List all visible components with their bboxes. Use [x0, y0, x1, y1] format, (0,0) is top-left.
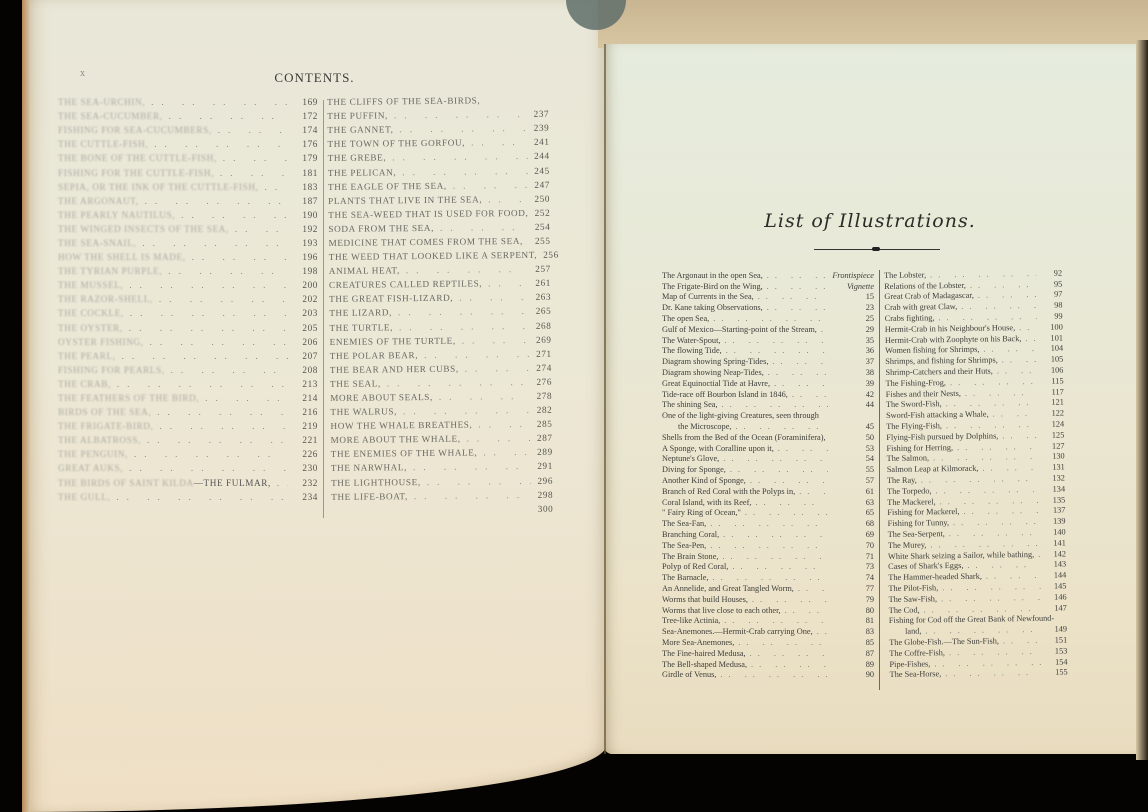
leader-dots: .. .. .. .. .. .. [982, 571, 1041, 581]
entry-page-number: 135 [1039, 495, 1065, 504]
entry-title: Fishing for Mackerel, [887, 507, 959, 517]
entry-page-number: 230 [288, 463, 318, 473]
list-item: FISHING FOR THE CUTTLE-FISH,.. .. .. .. … [58, 165, 318, 179]
entry-title: Tree-like Actinia, [662, 616, 720, 625]
entry-page-number: 98 [1036, 301, 1062, 310]
leader-dots: .. .. .. .. .. .. [1021, 334, 1037, 343]
leader-dots: .. .. .. .. .. .. [139, 196, 288, 206]
entry-title: THE SEA-SNAIL, [58, 238, 136, 248]
entry-title: THE BONE OF THE CUTTLE-FISH, [58, 153, 217, 163]
leader-dots: .. .. .. .. .. .. [719, 454, 828, 463]
entry-title: OYSTER FISHING, [58, 337, 144, 347]
leader-dots: .. .. .. .. .. .. [817, 325, 828, 334]
list-item: Neptune's Glove,.. .. .. .. .. ..54 [662, 454, 874, 465]
entry-title: THE LIFE-BOAT, [331, 491, 408, 502]
entry-page-number: 45 [828, 422, 874, 431]
entry-page-number: 65 [828, 508, 874, 517]
entry-title: An Annelide, and Great Tangled Worm, [662, 584, 794, 593]
entry-page-number: 143 [1040, 560, 1066, 569]
entry-title: Polyp of Red Coral, [662, 562, 728, 571]
entry-page-number: 74 [828, 573, 874, 582]
leader-dots: .. .. .. .. .. .. [993, 366, 1038, 376]
entry-title: Great Equinoctial Tide at Havre, [662, 379, 770, 388]
entry-page-number: 271 [530, 348, 552, 358]
list-item: The Barnacle,.. .. .. .. .. ..74 [662, 572, 874, 583]
entry-title: Worms that live close to each other, [662, 606, 781, 615]
leader-dots: .. .. .. .. .. .. [926, 269, 1036, 280]
entry-page-number: 296 [531, 475, 553, 485]
list-item: the Microscope,.. .. .. .. .. ..45 [662, 421, 874, 432]
page-right-edge [1136, 40, 1148, 760]
list-item: Diagram showing Spring-Tides,.. .. .. ..… [662, 356, 874, 367]
contents-heading: CONTENTS. [22, 70, 607, 86]
entry-page-number: 106 [1037, 366, 1063, 375]
entry-page-number: 278 [530, 391, 552, 401]
leader-dots: .. .. .. .. .. .. [472, 419, 530, 430]
leader-dots: .. .. .. .. .. .. [407, 461, 531, 472]
entry-title: Women fishing for Shrimps, [885, 345, 979, 355]
leader-dots: .. .. .. .. .. .. [942, 398, 1038, 408]
leader-dots: .. .. .. .. .. .. [165, 365, 288, 375]
entry-title: The Brain Stone, [662, 552, 718, 561]
entry-page-number: 291 [531, 461, 553, 471]
leader-dots: .. .. .. .. .. .. [748, 595, 828, 604]
entry-page-number: 285 [530, 419, 552, 429]
entry-page-number: 132 [1039, 474, 1065, 483]
entry-page-number: 81 [828, 616, 874, 625]
leader-dots: .. .. .. .. .. .. [706, 541, 828, 550]
leader-dots: .. .. .. .. .. .. [214, 168, 288, 178]
entry-page-number: 140 [1040, 528, 1066, 537]
leader-dots: .. .. .. .. .. .. [110, 492, 288, 502]
entry-title: PLANTS THAT LIVE IN THE SEA, [328, 194, 482, 206]
entry-page-number: 70 [828, 541, 874, 550]
entry-page-number: 50 [830, 433, 874, 442]
entry-title: THE MUSSEL, [58, 280, 123, 290]
entry-page-number: 144 [1040, 571, 1066, 580]
leader-dots: .. .. .. .. .. .. [706, 519, 828, 528]
entry-title: The Pilot-Fish, [888, 583, 938, 593]
entry-page-number: 42 [828, 390, 874, 399]
entry-page-number: 237 [527, 109, 549, 119]
entry-page-number: 282 [530, 405, 552, 415]
leader-dots: .. .. .. .. .. .. [123, 463, 288, 473]
entry-title: THE FRIGATE-BIRD, [58, 421, 153, 431]
entry-page-number: 92 [1036, 268, 1062, 277]
entry-title: THE LIGHTHOUSE, [331, 477, 421, 488]
entry-title: The Flying-Fish, [886, 421, 942, 431]
leader-dots: .. .. .. .. .. .. [393, 320, 530, 331]
leader-dots: .. .. .. .. .. .. [941, 668, 1042, 678]
leader-dots: .. .. .. .. .. .. [716, 670, 828, 679]
entry-title: More Sea-Anemones, [662, 638, 734, 647]
entry-title: MORE ABOUT THE WHALE, [331, 434, 461, 445]
entry-title: THE CLIFFS OF THE SEA-BIRDS, [327, 95, 480, 107]
entry-page-number: 142 [1040, 549, 1066, 558]
entry-title: The Sea-Pen, [662, 541, 706, 550]
leader-dots: .. .. .. .. .. .. [920, 603, 1041, 614]
entry-page-number: 183 [288, 182, 318, 192]
leader-dots: .. .. .. .. .. .. [949, 517, 1040, 527]
entry-title: Flying-Fish pursued by Dolphins, [886, 431, 998, 442]
entry-page-number: 122 [1038, 409, 1064, 418]
leader-dots: .. .. .. .. .. .. [199, 393, 288, 403]
illustrations-column-divider [879, 270, 880, 690]
entry-title: Map of Currents in the Sea, [662, 292, 754, 301]
entry-title: Great Crab of Madagascar, [884, 291, 974, 301]
entry-page-number: 36 [828, 346, 874, 355]
entry-title: Hermit-Crab in his Neighbour's House, [885, 323, 1015, 334]
leader-dots: .. .. .. .. .. .. [741, 508, 828, 517]
entry-title: THE COCKLE, [58, 308, 124, 318]
entry-title: Sea-Anemones.—Hermit-Crab carrying One, [662, 627, 813, 636]
list-item: THE PENGUIN,.. .. .. .. .. ..226 [58, 447, 318, 461]
leader-dots: .. .. .. .. .. .. [931, 485, 1039, 496]
list-item: The Frigate-Bird on the Wing,.. .. .. ..… [662, 281, 874, 292]
entry-page-number: 63 [828, 498, 874, 507]
entry-title: The Torpedo, [887, 486, 932, 496]
entry-page-number: 35 [828, 336, 874, 345]
entry-page-number: 54 [828, 454, 874, 463]
leader-dots: .. .. .. .. .. .. [162, 266, 288, 276]
leader-dots: .. .. .. .. .. .. [734, 638, 828, 647]
entry-page-number: 121 [1038, 398, 1064, 407]
entry-page-number: 90 [828, 670, 874, 679]
entry-title: " Fairy Ring of Ocean," [662, 508, 741, 517]
leader-dots: .. .. .. .. .. .. [937, 593, 1041, 603]
list-item: Worms that live close to each other,.. .… [662, 605, 874, 616]
entry-title: THE GREAT FISH-LIZARD, [329, 293, 453, 304]
entry-title: The Salmon, [887, 454, 930, 464]
leader-dots: .. .. .. .. .. .. [763, 282, 828, 291]
leader-dots: .. .. .. .. .. .. [921, 625, 1041, 636]
entry-page-number: 176 [288, 139, 318, 149]
leader-dots: .. .. .. .. .. .. [141, 435, 288, 445]
leader-dots: .. .. .. .. .. .. [998, 355, 1038, 365]
leader-dots: .. .. .. .. .. .. [794, 584, 828, 593]
leader-dots: .. .. .. .. .. .. [433, 391, 530, 402]
entry-title: THE GREBE, [328, 153, 387, 164]
entry-title: Crabs fighting, [885, 313, 935, 323]
list-item: Sea-Anemones.—Hermit-Crab carrying One,.… [662, 626, 874, 637]
entry-page-number: 79 [828, 595, 874, 604]
entry-title: the Microscope, [662, 422, 731, 431]
list-item: Coral Island, with its Reef,.. .. .. .. … [662, 497, 874, 508]
entry-page-number: 61 [828, 487, 874, 496]
illustrations-heading: List of Illustrations. [604, 210, 1136, 232]
leader-dots: .. .. .. .. .. .. [934, 312, 1036, 322]
entry-title: A Sponge, with Coralline upon it, [662, 444, 774, 453]
entry-title: Cases of Shark's Eggs, [888, 561, 963, 571]
entry-title: THE ALBATROSS, [58, 435, 141, 445]
leader-dots: .. .. .. .. .. .. [388, 109, 527, 120]
leader-dots: .. .. .. .. .. .. [926, 539, 1039, 550]
entry-page-number: 130 [1039, 452, 1065, 461]
entry-title: The Water-Spout, [662, 336, 720, 345]
entry-title: The Fine-haired Medusa, [662, 649, 746, 658]
leader-dots: .. .. .. .. .. .. [145, 97, 288, 107]
entry-page-number: 196 [288, 252, 318, 262]
entry-title: GREAT AUKS, [58, 463, 123, 473]
entry-title: Diagram showing Spring-Tides, [662, 357, 768, 366]
entry-page-number: 145 [1040, 581, 1066, 590]
entry-page-number: 37 [828, 357, 874, 366]
entry-title: Shells from the Bed of the Ocean (Forami… [662, 433, 826, 442]
entry-page-number: 179 [288, 153, 318, 163]
leader-dots: .. .. .. .. .. .. [116, 351, 288, 361]
entry-page-number: 265 [529, 306, 551, 316]
entry-title: Relations of the Lobster, [884, 281, 966, 291]
leader-dots: .. .. .. .. .. .. [477, 447, 531, 458]
entry-page-number: 101 [1037, 333, 1063, 342]
leader-dots: .. .. .. .. .. .. [1015, 323, 1037, 332]
leader-dots: .. .. .. .. .. .. [726, 465, 828, 474]
list-item: THE RAZOR-SHELL,.. .. .. .. .. ..202 [58, 292, 318, 306]
entry-page-number: Frontispiece [828, 271, 874, 280]
leader-dots: .. .. .. .. .. .. [720, 336, 828, 345]
list-item: BIRDS OF THE SEA,.. .. .. .. .. ..216 [58, 405, 318, 419]
entry-title: THE PENGUIN, [58, 449, 128, 459]
entry-title: Gulf of Mexico—Starting-point of the Str… [662, 325, 817, 334]
entry-page-number: 202 [288, 294, 318, 304]
leader-dots: .. .. .. .. .. .. [111, 379, 288, 389]
leader-dots: .. .. .. .. .. .. [461, 433, 531, 444]
entry-title: FISHING FOR SEA-CUCUMBERS, [58, 125, 212, 135]
entry-title: THE ARGONAUT, [58, 196, 139, 206]
list-item: THE SEA-SNAIL,.. .. .. .. .. ..193 [58, 236, 318, 250]
entry-page-number: 38 [828, 368, 874, 377]
entry-page-number: 153 [1041, 646, 1067, 655]
entry-page-number: 203 [288, 308, 318, 318]
entry-title: MORE ABOUT SEALS, [330, 392, 433, 403]
list-item: GREAT AUKS,.. .. .. .. .. ..230 [58, 461, 318, 475]
leader-dots: .. .. .. .. .. .. [774, 444, 828, 453]
leader-dots: .. .. .. .. .. .. [148, 139, 288, 149]
entry-title: The Bell-shaped Medusa, [662, 660, 747, 669]
entry-title: The open Sea, [662, 314, 709, 323]
leader-dots: .. .. .. .. .. .. [974, 290, 1037, 300]
leader-dots: .. .. .. .. .. .. [456, 335, 530, 346]
entry-page-number: 261 [529, 278, 551, 288]
list-item: The Sea-Pen,.. .. .. .. .. ..70 [662, 540, 874, 551]
entry-page-number: 141 [1040, 538, 1066, 547]
entry-page-number: 200 [288, 280, 318, 290]
entry-title: The Sea-Serpent, [888, 529, 945, 539]
entry-title: The Fishing-Frog, [886, 378, 947, 388]
leader-dots: .. .. .. .. .. .. [136, 238, 288, 248]
list-item: THE FEATHERS OF THE BIRD,.. .. .. .. .. … [58, 391, 318, 405]
entry-page-number: 252 [534, 207, 550, 217]
list-item: Tide-race off Bourbon Island in 1846,.. … [662, 389, 874, 400]
entry-page-number: 139 [1039, 517, 1065, 526]
leader-dots: .. .. .. .. .. .. [763, 271, 828, 280]
list-item: THE SEA-URCHIN,.. .. .. .. .. ..169 [58, 95, 318, 109]
leader-dots: .. .. .. .. .. .. [153, 294, 288, 304]
entry-title: THE POLAR BEAR, [330, 350, 418, 361]
entry-page-number: 80 [828, 606, 874, 615]
entry-title: Another Kind of Sponge, [662, 476, 746, 485]
leader-dots: .. .. .. .. .. .. [936, 495, 1040, 505]
leader-dots: .. .. .. .. .. .. [953, 442, 1039, 452]
list-item: THE CRAB,.. .. .. .. .. ..213 [58, 377, 318, 391]
entry-title: Worms that build Houses, [662, 595, 748, 604]
entry-title: The Frigate-Bird on the Wing, [662, 282, 763, 291]
entry-title: Shrimps, and fishing for Shrimps, [885, 356, 998, 367]
entry-page-number: 99 [1037, 312, 1063, 321]
entry-page-number: 104 [1037, 344, 1063, 353]
leader-dots: .. .. .. .. .. .. [795, 487, 828, 496]
entry-title: The Globe-Fish.—The Sun-Fish, [889, 636, 999, 647]
list-item: THE SEA-CUCUMBER,.. .. .. .. .. ..172 [58, 109, 318, 123]
leader-dots: .. .. .. .. .. .. [747, 660, 828, 669]
leader-dots: .. .. .. .. .. .. [999, 636, 1041, 646]
entry-title: Salmon Leap at Kilmorack, [887, 464, 979, 474]
list-item: Branching Coral,.. .. .. .. .. ..69 [662, 529, 874, 540]
entry-page-number: 206 [288, 337, 318, 347]
leader-dots: .. .. .. .. .. .. [722, 346, 828, 355]
leader-dots: .. .. .. .. .. .. [144, 337, 288, 347]
entry-page-number: 216 [288, 407, 318, 417]
entry-page-number: 44 [828, 400, 874, 409]
list-item: Polyp of Red Coral,.. .. .. .. .. ..73 [662, 562, 874, 573]
entry-page-number: 29 [828, 325, 874, 334]
leader-dots: .. .. .. .. .. .. [731, 422, 828, 431]
entry-page-number: 241 [527, 137, 549, 147]
entry-page-number: 55 [828, 465, 874, 474]
illustrations-right-column: The Lobster,.. .. .. .. .. ..92Relations… [884, 268, 1068, 681]
leader-dots [331, 509, 531, 511]
entry-title-suffix: —THE FULMAR, [194, 478, 271, 488]
entry-title: HOW THE SHELL IS MADE, [58, 252, 186, 262]
leader-dots: .. .. .. .. .. .. [386, 151, 528, 162]
entry-title: THE RAZOR-SHELL, [58, 294, 153, 304]
entry-title: THE BEAR AND HER CUBS, [330, 363, 459, 374]
entry-page-number: 125 [1038, 430, 1064, 439]
entry-page-number: 247 [528, 179, 550, 189]
leader-dots: .. .. .. .. .. .. [959, 506, 1039, 516]
list-item: Diagram showing Neap-Tides,.. .. .. .. .… [662, 367, 874, 378]
entry-page-number: 137 [1039, 506, 1065, 515]
entry-page-number: 276 [530, 377, 552, 387]
leader-dots: .. .. .. .. .. .. [768, 357, 828, 366]
entry-title: The Argonaut in the open Sea, [662, 271, 763, 280]
list-item: Another Kind of Sponge,.. .. .. .. .. ..… [662, 475, 874, 486]
leader-dots: .. .. .. .. .. .. [961, 388, 1038, 398]
entry-page-number: 213 [288, 379, 318, 389]
entry-page-number: 77 [828, 584, 874, 593]
entry-page-number: 89 [828, 660, 874, 669]
entry-page-number: 23 [828, 303, 874, 312]
entry-title: land, [889, 627, 921, 636]
entry-title: The Sea-Fan, [662, 519, 706, 528]
list-item: Dr. Kane taking Observations,.. .. .. ..… [662, 302, 874, 313]
entry-title: One of the light-giving Creatures, seen … [662, 411, 819, 420]
entry-title: Fishes and their Nests, [886, 389, 961, 399]
entry-title: FISHING FOR PEARLS, [58, 365, 165, 375]
entry-page-number: 214 [288, 393, 318, 403]
entry-title: The flowing Tide, [662, 346, 722, 355]
entry-title: ENEMIES OF THE TURTLE, [330, 335, 456, 346]
entry-page-number: 245 [528, 165, 550, 175]
entry-title: The shining Sea, [662, 400, 718, 409]
entry-page-number: 221 [288, 435, 318, 445]
list-item: Girdle of Venus,.. .. .. .. .. ..90 [662, 669, 874, 680]
entry-page-number: 53 [828, 444, 874, 453]
list-item: THE TYRIAN PURPLE,.. .. .. .. .. ..198 [58, 264, 318, 278]
entry-title: THE EAGLE OF THE SEA, [328, 180, 447, 191]
leader-dots: .. .. .. .. .. .. [978, 463, 1038, 473]
entry-title: Dr. Kane taking Observations, [662, 303, 763, 312]
list-item: The shining Sea,.. .. .. .. .. ..44 [662, 400, 874, 411]
leader-dots: .. .. .. .. .. .. [397, 405, 530, 416]
entry-page-number: 15 [828, 292, 874, 301]
entry-title: Shrimp-Catchers and their Huts, [885, 367, 993, 377]
entry-page-number: 205 [288, 323, 318, 333]
leader-dots: .. .. .. .. .. .. [719, 530, 828, 539]
entry-page-number: 68 [828, 519, 874, 528]
leader-dots: .. .. .. .. .. .. [175, 210, 288, 220]
entry-title: The Murey, [888, 540, 927, 550]
leader-dots: .. .. .. .. .. .. [381, 377, 530, 389]
entry-title: Fishing for Tunny, [887, 518, 949, 528]
contents-left-column: THE SEA-URCHIN,.. .. .. .. .. ..169THE S… [58, 95, 318, 504]
entry-page-number: 71 [828, 552, 874, 561]
page-top-edge [598, 0, 1148, 48]
entry-page-number: 154 [1041, 657, 1067, 666]
leader-dots: .. .. .. .. .. .. [751, 498, 828, 507]
entry-title: Fishing for Herring, [886, 443, 953, 453]
leader-dots: .. .. .. .. .. .. [917, 474, 1039, 485]
entry-title: Sword-Fish attacking a Whale, [886, 410, 989, 420]
list-item: Worms that build Houses,.. .. .. .. .. .… [662, 594, 874, 605]
entry-page-number: 193 [288, 238, 318, 248]
column-divider [323, 100, 324, 518]
entry-page-number: 254 [528, 222, 550, 232]
entry-title: CREATURES CALLED REPTILES, [329, 279, 482, 291]
leader-dots: .. .. .. .. .. .. [421, 475, 531, 486]
entry-title: Branch of Red Coral with the Polyps in, [662, 487, 795, 496]
list-item: " Fairy Ring of Ocean,".. .. .. .. .. ..… [662, 508, 874, 519]
entry-title: The Cod, [889, 605, 920, 614]
leader-dots: .. .. .. .. .. .. [989, 409, 1038, 419]
leader-dots: .. .. .. .. .. .. [746, 476, 828, 485]
leader-dots: .. .. .. .. .. .. [123, 323, 288, 333]
entry-title: The Sea-Horse, [890, 670, 942, 680]
entry-page-number: 192 [288, 224, 318, 234]
entry-title: MEDICINE THAT COMES FROM THE SEA, [328, 236, 522, 248]
entry-title: THE PUFFIN, [327, 111, 388, 122]
leader-dots: .. .. .. .. .. .. [720, 616, 828, 625]
entry-page-number: 250 [528, 193, 550, 203]
list-item: Map of Currents in the Sea,.. .. .. .. .… [662, 292, 874, 303]
entry-page-number: 263 [529, 292, 551, 302]
list-item: Great Equinoctial Tide at Havre,.. .. ..… [662, 378, 874, 389]
entry-title: THE NARWHAL, [331, 463, 407, 474]
entry-title: HOW THE WHALE BREATHES, [330, 420, 472, 431]
entry-page-number: 269 [530, 334, 552, 344]
list-item: Branch of Red Coral with the Polyps in,.… [662, 486, 874, 497]
entry-title: The Saw-Fish, [889, 594, 938, 604]
entry-title: THE SEAL, [330, 378, 381, 389]
entry-page-number: 69 [828, 530, 874, 539]
entry-page-number: 208 [288, 365, 318, 375]
list-item: The Brain Stone,.. .. .. .. .. ..71 [662, 551, 874, 562]
entry-title: THE FEATHERS OF THE BIRD, [58, 393, 199, 403]
leader-dots: .. .. .. .. .. .. [212, 125, 288, 135]
list-item: SEPIA, OR THE INK OF THE CUTTLE-FISH,.. … [58, 180, 318, 194]
list-item: FISHING FOR SEA-CUCUMBERS,.. .. .. .. ..… [58, 123, 318, 137]
entry-page-number: 95 [1036, 279, 1062, 288]
